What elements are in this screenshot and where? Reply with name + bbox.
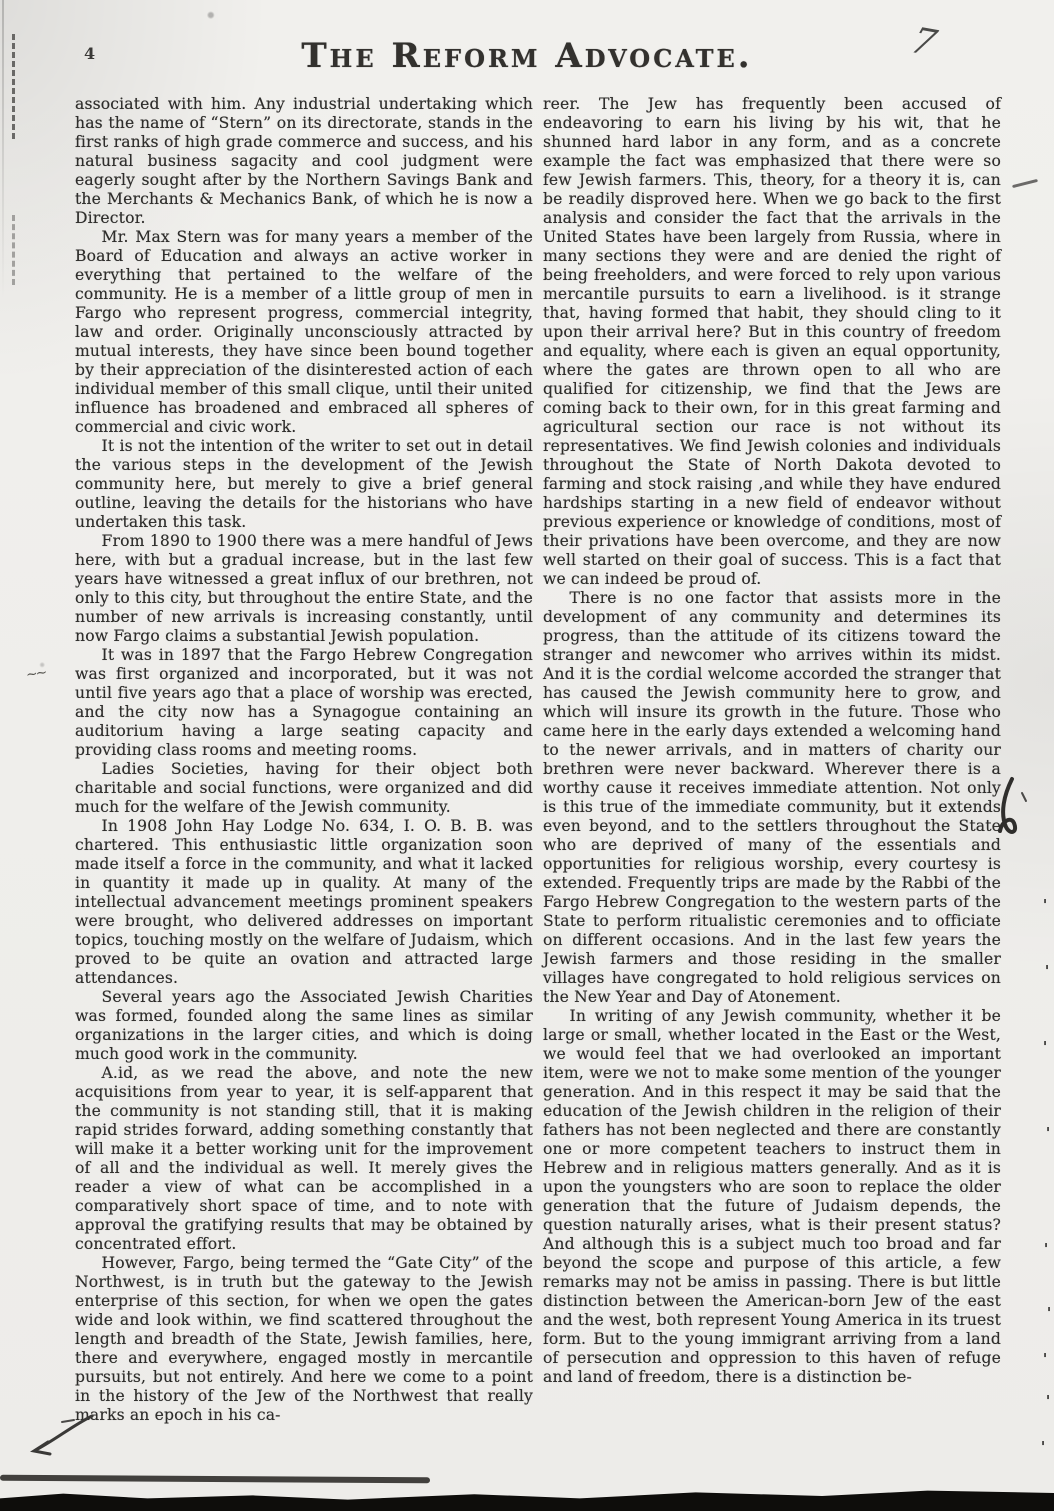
margin-squiggle-icon: ~~ bbox=[25, 665, 47, 684]
paragraph: In writing of any Jewish community, whet… bbox=[543, 1007, 1001, 1387]
paragraph: From 1890 to 1900 there was a mere handf… bbox=[75, 532, 533, 646]
pencil-dash-icon bbox=[1012, 179, 1038, 188]
scan-edge-line bbox=[2, 0, 4, 300]
paragraph: There is no one factor that assists more… bbox=[543, 589, 1001, 1007]
scan-tick-icon: ' bbox=[1040, 1350, 1050, 1368]
masthead-title: The Reform Advocate. bbox=[0, 36, 1054, 76]
checkmark-squiggle-icon bbox=[990, 775, 1030, 874]
paragraph: However, Fargo, being termed the “Gate C… bbox=[75, 1254, 533, 1425]
paragraph: In 1908 John Hay Lodge No. 634, I. O. B.… bbox=[75, 817, 533, 988]
scan-tick-icon: ' bbox=[1043, 1124, 1053, 1142]
scan-bottom-band bbox=[0, 1481, 1054, 1511]
paragraph: Mr. Max Stern was for many years a membe… bbox=[75, 228, 533, 437]
paragraph: Several years ago the Associated Jewish … bbox=[75, 988, 533, 1064]
scan-tick-icon: ' bbox=[1040, 896, 1050, 914]
article-body: associated with him. Any industrial unde… bbox=[75, 95, 1001, 1425]
margin-dash-line-icon bbox=[12, 215, 15, 285]
column-right: reer. The Jew has frequently been accuse… bbox=[543, 95, 1001, 1425]
scan-tick-icon: ' bbox=[1042, 962, 1052, 980]
column-left: associated with him. Any industrial unde… bbox=[75, 95, 533, 1425]
paragraph: Ladies Societies, having for their objec… bbox=[75, 760, 533, 817]
paragraph: associated with him. Any industrial unde… bbox=[75, 95, 533, 228]
scan-tick-icon: ' bbox=[1041, 1240, 1051, 1258]
scan-smear bbox=[0, 1475, 430, 1484]
scan-tick-icon: ' bbox=[1043, 1392, 1053, 1410]
paragraph: reer. The Jew has frequently been accuse… bbox=[543, 95, 1001, 589]
scan-tick-icon: ' bbox=[1044, 1304, 1054, 1322]
paragraph: A.id, as we read the above, and note the… bbox=[75, 1064, 533, 1254]
document-page: 4 The Reform Advocate. 7 associated with… bbox=[0, 0, 1054, 1511]
margin-arrow-icon bbox=[22, 1408, 102, 1467]
scan-tick-icon: ' bbox=[1040, 1038, 1050, 1056]
margin-dash-line-icon bbox=[12, 34, 15, 139]
scan-tick-icon: ' bbox=[1038, 1438, 1048, 1456]
paragraph: It is not the intention of the writer to… bbox=[75, 437, 533, 532]
paragraph: It was in 1897 that the Fargo Hebrew Con… bbox=[75, 646, 533, 760]
